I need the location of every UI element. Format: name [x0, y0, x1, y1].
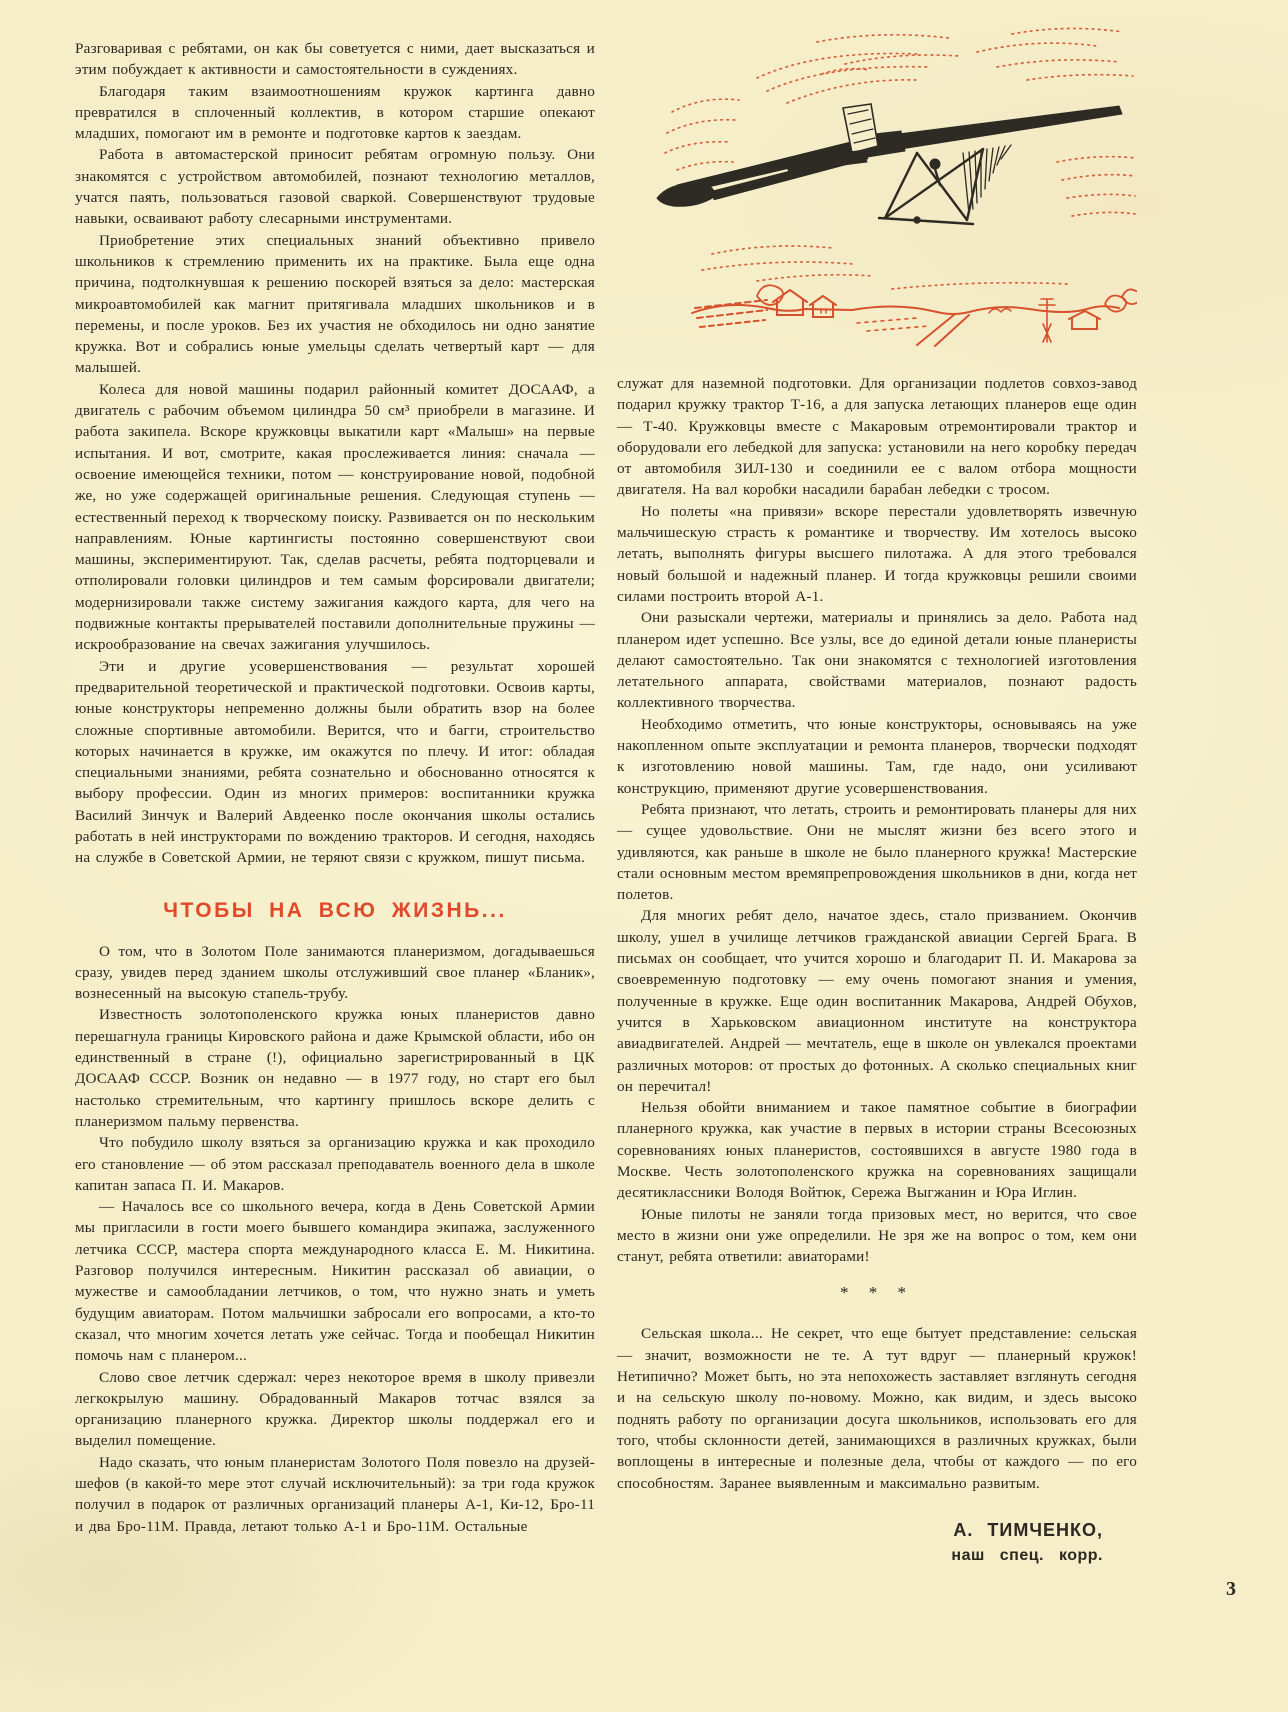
paragraph: Колеса для новой машины подарил районный…: [75, 379, 595, 656]
paragraph: Благодаря таким взаимоотношениям кружок …: [75, 81, 595, 145]
article-headline: ЧТОБЫ НА ВСЮ ЖИЗНЬ...: [75, 899, 595, 923]
magazine-page-scan: { "page": { "number": "3" }, "colors": {…: [0, 0, 1288, 1712]
author-name: А. ТИМЧЕНКО,: [617, 1520, 1103, 1541]
paragraph: Работа в автомастерской приносит ребятам…: [75, 144, 595, 229]
glider-over-village-illustration: [617, 12, 1137, 347]
paragraph: — Началось все со школьного вечера, когд…: [75, 1196, 595, 1366]
cloud-stipple: [665, 28, 1135, 289]
paragraph: Слово свое летчик сдержал: через некотор…: [75, 1367, 595, 1452]
glider-sketch: [657, 104, 1122, 224]
left-column: Разговаривая с ребятами, он как бы совет…: [75, 12, 595, 1565]
paragraph: Но полеты «на привязи» вскоре перестали …: [617, 501, 1137, 607]
author-role: наш спец. корр.: [617, 1547, 1103, 1565]
paragraph: Нельзя обойти вниманием и такое памятное…: [617, 1097, 1137, 1203]
paragraph: Для многих ребят дело, начатое здесь, ст…: [617, 905, 1137, 1097]
paragraph: Надо сказать, что юным планеристам Золот…: [75, 1452, 595, 1537]
paragraph: Они разыскали чертежи, материалы и приня…: [617, 607, 1137, 713]
paragraph: Известность золотополенского кружка юных…: [75, 1004, 595, 1132]
paragraph: О том, что в Золотом Поле занимаются пла…: [75, 941, 595, 1005]
paragraph: Приобретение этих специальных знаний объ…: [75, 230, 595, 379]
signature-block: А. ТИМЧЕНКО, наш спец. корр.: [617, 1520, 1137, 1565]
paragraph: Юные пилоты не заняли тогда призовых мес…: [617, 1204, 1137, 1268]
paragraph: Сельская школа... Не секрет, что еще быт…: [617, 1323, 1137, 1493]
article-body: Разговаривая с ребятами, он как бы совет…: [0, 0, 1288, 1565]
paragraph: Что побудило школу взяться за организаци…: [75, 1132, 595, 1196]
section-separator: * * *: [617, 1283, 1137, 1303]
page: Разговаривая с ребятами, он как бы совет…: [0, 0, 1288, 1712]
paragraph: Разговаривая с ребятами, он как бы совет…: [75, 38, 595, 81]
village-landscape: [692, 285, 1137, 346]
paragraph: Ребята признают, что летать, строить и р…: [617, 799, 1137, 905]
right-column: служат для наземной подготовки. Для орга…: [617, 12, 1137, 1565]
paragraph: Эти и другие усовершенствования — резуль…: [75, 656, 595, 869]
paragraph: служат для наземной подготовки. Для орга…: [617, 373, 1137, 501]
page-number: 3: [1226, 1578, 1236, 1601]
paragraph: Необходимо отметить, что юные конструкто…: [617, 714, 1137, 799]
